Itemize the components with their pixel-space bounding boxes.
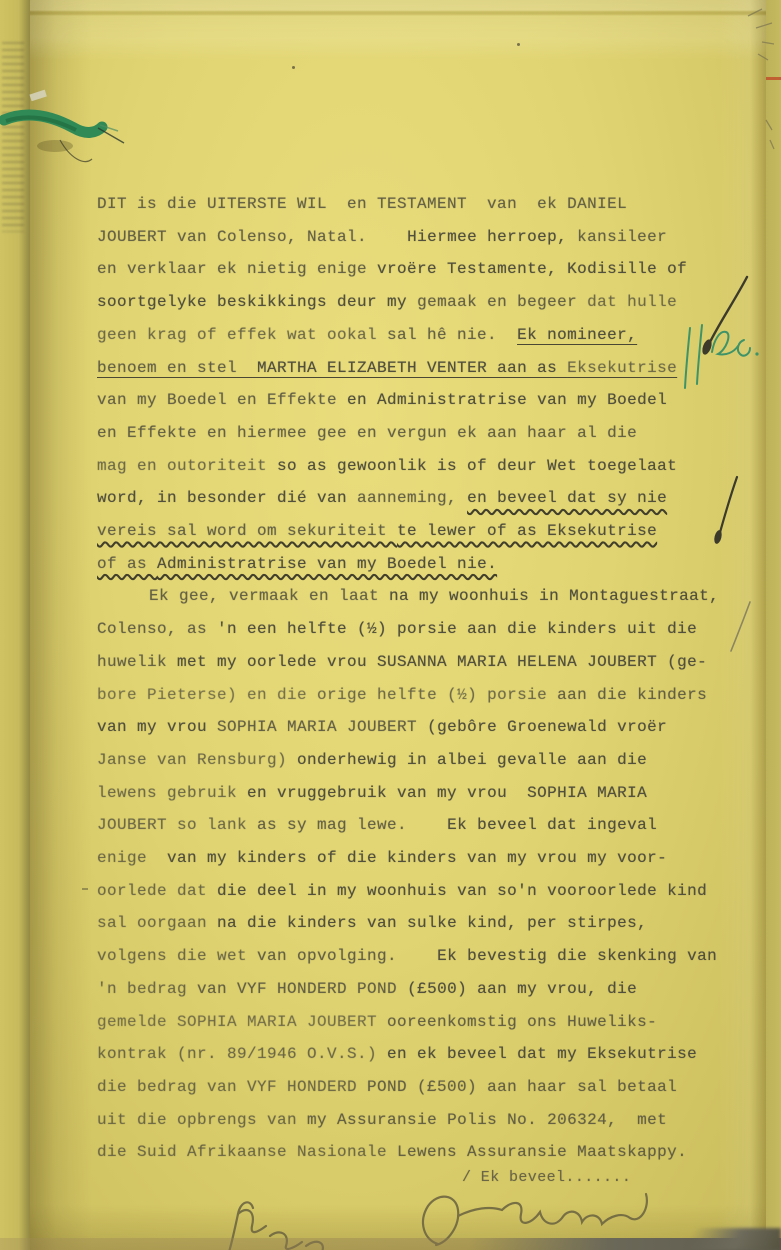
document-text-segment: DIT is die UITERSTE WIL en TESTAMENT van… [97, 195, 627, 213]
document-text-segment: uit die opbrengs van [97, 1111, 307, 1129]
document-text-segment: aan die kinders [557, 686, 707, 704]
document-text-segment: sal hê nie. [387, 326, 517, 344]
document-line: word, in besonder dié van aanneming, en … [97, 482, 737, 515]
scanned-document-photo: DIT is die UITERSTE WIL en TESTAMENT van… [0, 0, 781, 1250]
document-line: mag en outoriteit so as gewoonlik is of … [97, 450, 737, 483]
document-text-segment: ooreenkomstig ons Huweliks- [387, 1013, 657, 1031]
document-text-segment: bore Pieterse) en die [97, 686, 317, 704]
document-text-segment: 'n een helfte (½) porsie aan die kinders… [217, 620, 697, 638]
document-text-segment: word, in besonder dié van [97, 489, 357, 507]
document-text-segment: enige [97, 849, 167, 867]
document-text-segment: Administratrise van my Boedel nie. [157, 555, 497, 573]
document-line: gemelde SOPHIA MARIA JOUBERT ooreenkomst… [97, 1006, 737, 1039]
document-line: Colenso, as 'n een helfte (½) porsie aan… [97, 613, 737, 646]
document-line: die Suid Afrikaanse Nasionale Lewens Ass… [97, 1136, 737, 1169]
document-text-segment: Eksekutrise [567, 359, 677, 377]
document-text-segment: Hiermee herroep, [407, 228, 577, 246]
document-text-segment: JOUBERT van Colenso, Natal. [97, 228, 407, 246]
document-text-segment: die bedrag van VYF HONDERD [97, 1078, 367, 1096]
document-line: volgens die wet van opvolging. Ek bevest… [97, 940, 737, 973]
document-text-segment: die Suid Afrikaanse Nasionale [97, 1143, 397, 1161]
document-text-segment: vereis sal word om sekuriteit [97, 522, 397, 540]
document-text-segment: kontrak (nr. 89/1946 O.V.S.) [97, 1045, 387, 1063]
illegible-margin-text [2, 42, 24, 232]
document-line: sal oorgaan na die kinders van sulke kin… [97, 907, 737, 940]
document-text-segment: 'n bedrag [97, 980, 197, 998]
document-line: kontrak (nr. 89/1946 O.V.S.) en ek bevee… [97, 1038, 737, 1071]
document-text-segment: gee en vergun ek aan haar al die [317, 424, 637, 442]
document-text-segment: vroëre Testamente, Kodisille of [377, 260, 687, 278]
document-text-segment: en verklaar ek nietig enige [97, 260, 377, 278]
document-line: bore Pieterse) en die orige helfte (½) p… [97, 679, 737, 712]
paper-speck [292, 66, 295, 69]
document-text-segment: Lewens Assuransie Maatskappy. [397, 1143, 687, 1161]
document-text-segment: Ek gee, vermaak en laat [149, 587, 389, 605]
document-text-segment: van VYF HONDERD POND [197, 980, 407, 998]
document-text-segment: kansileer [577, 228, 667, 246]
document-text-segment: na my woonhuis in Montaguestraat, [389, 587, 719, 605]
document-text-segment: en beveel dat sy nie [467, 489, 667, 507]
document-text-segment: Janse van Rensburg) [97, 751, 297, 769]
document-line: vereis sal word om sekuriteit te lewer o… [97, 515, 737, 548]
document-text-segment: te lewer of as Eksekutrise [397, 522, 657, 540]
document-text-segment: MARTHA ELIZABETH VENTER aan as [257, 359, 567, 377]
folded-page-edge [0, 0, 34, 1250]
paper-speck [517, 43, 520, 46]
document-text-segment: sal oorgaan [97, 914, 217, 932]
document-line: lewens gebruik en vruggebruik van my vro… [97, 777, 737, 810]
document-text-segment: van my kinders of die kinders van my vro… [167, 849, 667, 867]
document-text-segment: Ek beveel dat ingeval [447, 816, 657, 834]
document-line: oorlede dat die deel in my woonhuis van … [97, 875, 737, 908]
document-text-segment: Ek nomineer, [517, 326, 637, 344]
document-text-segment: gemelde SOPHIA MARIA JOUBERT [97, 1013, 387, 1031]
document-text-segment: soortgelyke beskikkings deur my [97, 293, 417, 311]
document-text-segment: lewens gebruik [97, 784, 247, 802]
document-text-segment: van my Boedel en Effekte [97, 391, 347, 409]
document-text: DIT is die UITERSTE WIL en TESTAMENT van… [97, 188, 737, 1169]
document-text-segment: SOPHIA MARIA JOUBERT [217, 718, 427, 736]
document-text-segment: (£500) aan my vrou, die [407, 980, 637, 998]
document-text-segment: geen krag of effek wat ookal [97, 326, 387, 344]
document-line: en Effekte en hiermee gee en vergun ek a… [97, 417, 737, 450]
document-text-segment: Colenso, as [97, 620, 217, 638]
document-page: DIT is die UITERSTE WIL en TESTAMENT van… [30, 0, 766, 1250]
document-text-segment: en ek beveel dat my Eksekutrise [387, 1045, 697, 1063]
document-text-segment: en Administratrise van my Boedel [347, 391, 667, 409]
continuation-note: / Ek beveel....... [462, 1169, 631, 1186]
document-text-segment: en vruggebruik van my vrou SOPHIA MARIA [247, 784, 647, 802]
document-line: geen krag of effek wat ookal sal hê nie.… [97, 319, 737, 352]
document-text-segment: aanneming, [357, 489, 467, 507]
document-text-segment: van opvolging. [257, 947, 437, 965]
document-text-segment: huwelik [97, 653, 177, 671]
document-line: van my vrou SOPHIA MARIA JOUBERT (gebôre… [97, 711, 737, 744]
bottom-right-shadow [631, 1228, 781, 1250]
document-text-segment: Ek bevestig die skenking van [437, 947, 717, 965]
document-text-segment: of as [97, 555, 157, 573]
document-line: of as Administratrise van my Boedel nie. [97, 548, 737, 581]
document-text-segment: (gebôre Groenewald vroër [427, 718, 667, 736]
document-line: van my Boedel en Effekte en Administratr… [97, 384, 737, 417]
document-text-segment: van my vrou [97, 718, 217, 736]
document-text-segment: so as gewoonlik is of deur Wet toegelaat [277, 457, 677, 475]
document-text-segment: as sy mag lewe. [257, 816, 447, 834]
document-text-segment: mag en outoriteit [97, 457, 277, 475]
document-line: en verklaar ek nietig enige vroëre Testa… [97, 253, 737, 286]
document-line: die bedrag van VYF HONDERD POND (£500) a… [97, 1071, 737, 1104]
document-line: Ek gee, vermaak en laat na my woonhuis i… [97, 580, 737, 613]
document-line: Janse van Rensburg) onderhewig in albei … [97, 744, 737, 777]
document-line: enige van my kinders of die kinders van … [97, 842, 737, 875]
document-line: uit die opbrengs van my Assuransie Polis… [97, 1104, 737, 1137]
document-text-segment: POND (£500) aan haar sal betaal [367, 1078, 677, 1096]
document-text-segment: volgens die wet [97, 947, 257, 965]
document-line: soortgelyke beskikkings deur my gemaak e… [97, 286, 737, 319]
document-line: huwelik met my oorlede vrou SUSANNA MARI… [97, 646, 737, 679]
document-text-segment: die deel in my woonhuis van so'n vooroor… [217, 882, 707, 900]
document-line: JOUBERT van Colenso, Natal. Hiermee herr… [97, 221, 737, 254]
document-text-segment: en Effekte en hiermee [97, 424, 317, 442]
document-text-segment: dat hulle [587, 293, 677, 311]
document-line: benoem en stel MARTHA ELIZABETH VENTER a… [97, 352, 737, 385]
margin-dash-mark [82, 888, 88, 890]
document-text-segment: oorlede dat [97, 882, 217, 900]
document-line: JOUBERT so lank as sy mag lewe. Ek bevee… [97, 809, 737, 842]
document-line: DIT is die UITERSTE WIL en TESTAMENT van… [97, 188, 737, 221]
document-text-segment: onderhewig in albei gevalle aan die [297, 751, 647, 769]
document-text-segment: benoem en stel [97, 359, 257, 377]
document-line: 'n bedrag van VYF HONDERD POND (£500) aa… [97, 973, 737, 1006]
document-text-segment: JOUBERT so lank [97, 816, 257, 834]
document-text-segment: my Assuransie Polis No. 206324, met [307, 1111, 667, 1129]
document-text-segment: orige helfte (½) porsie [317, 686, 557, 704]
document-text-segment: met my oorlede vrou SUSANNA MARIA HELENA… [177, 653, 707, 671]
document-text-segment: gemaak en begeer [417, 293, 587, 311]
document-text-segment: na die kinders van sulke kind, per stirp… [217, 914, 647, 932]
